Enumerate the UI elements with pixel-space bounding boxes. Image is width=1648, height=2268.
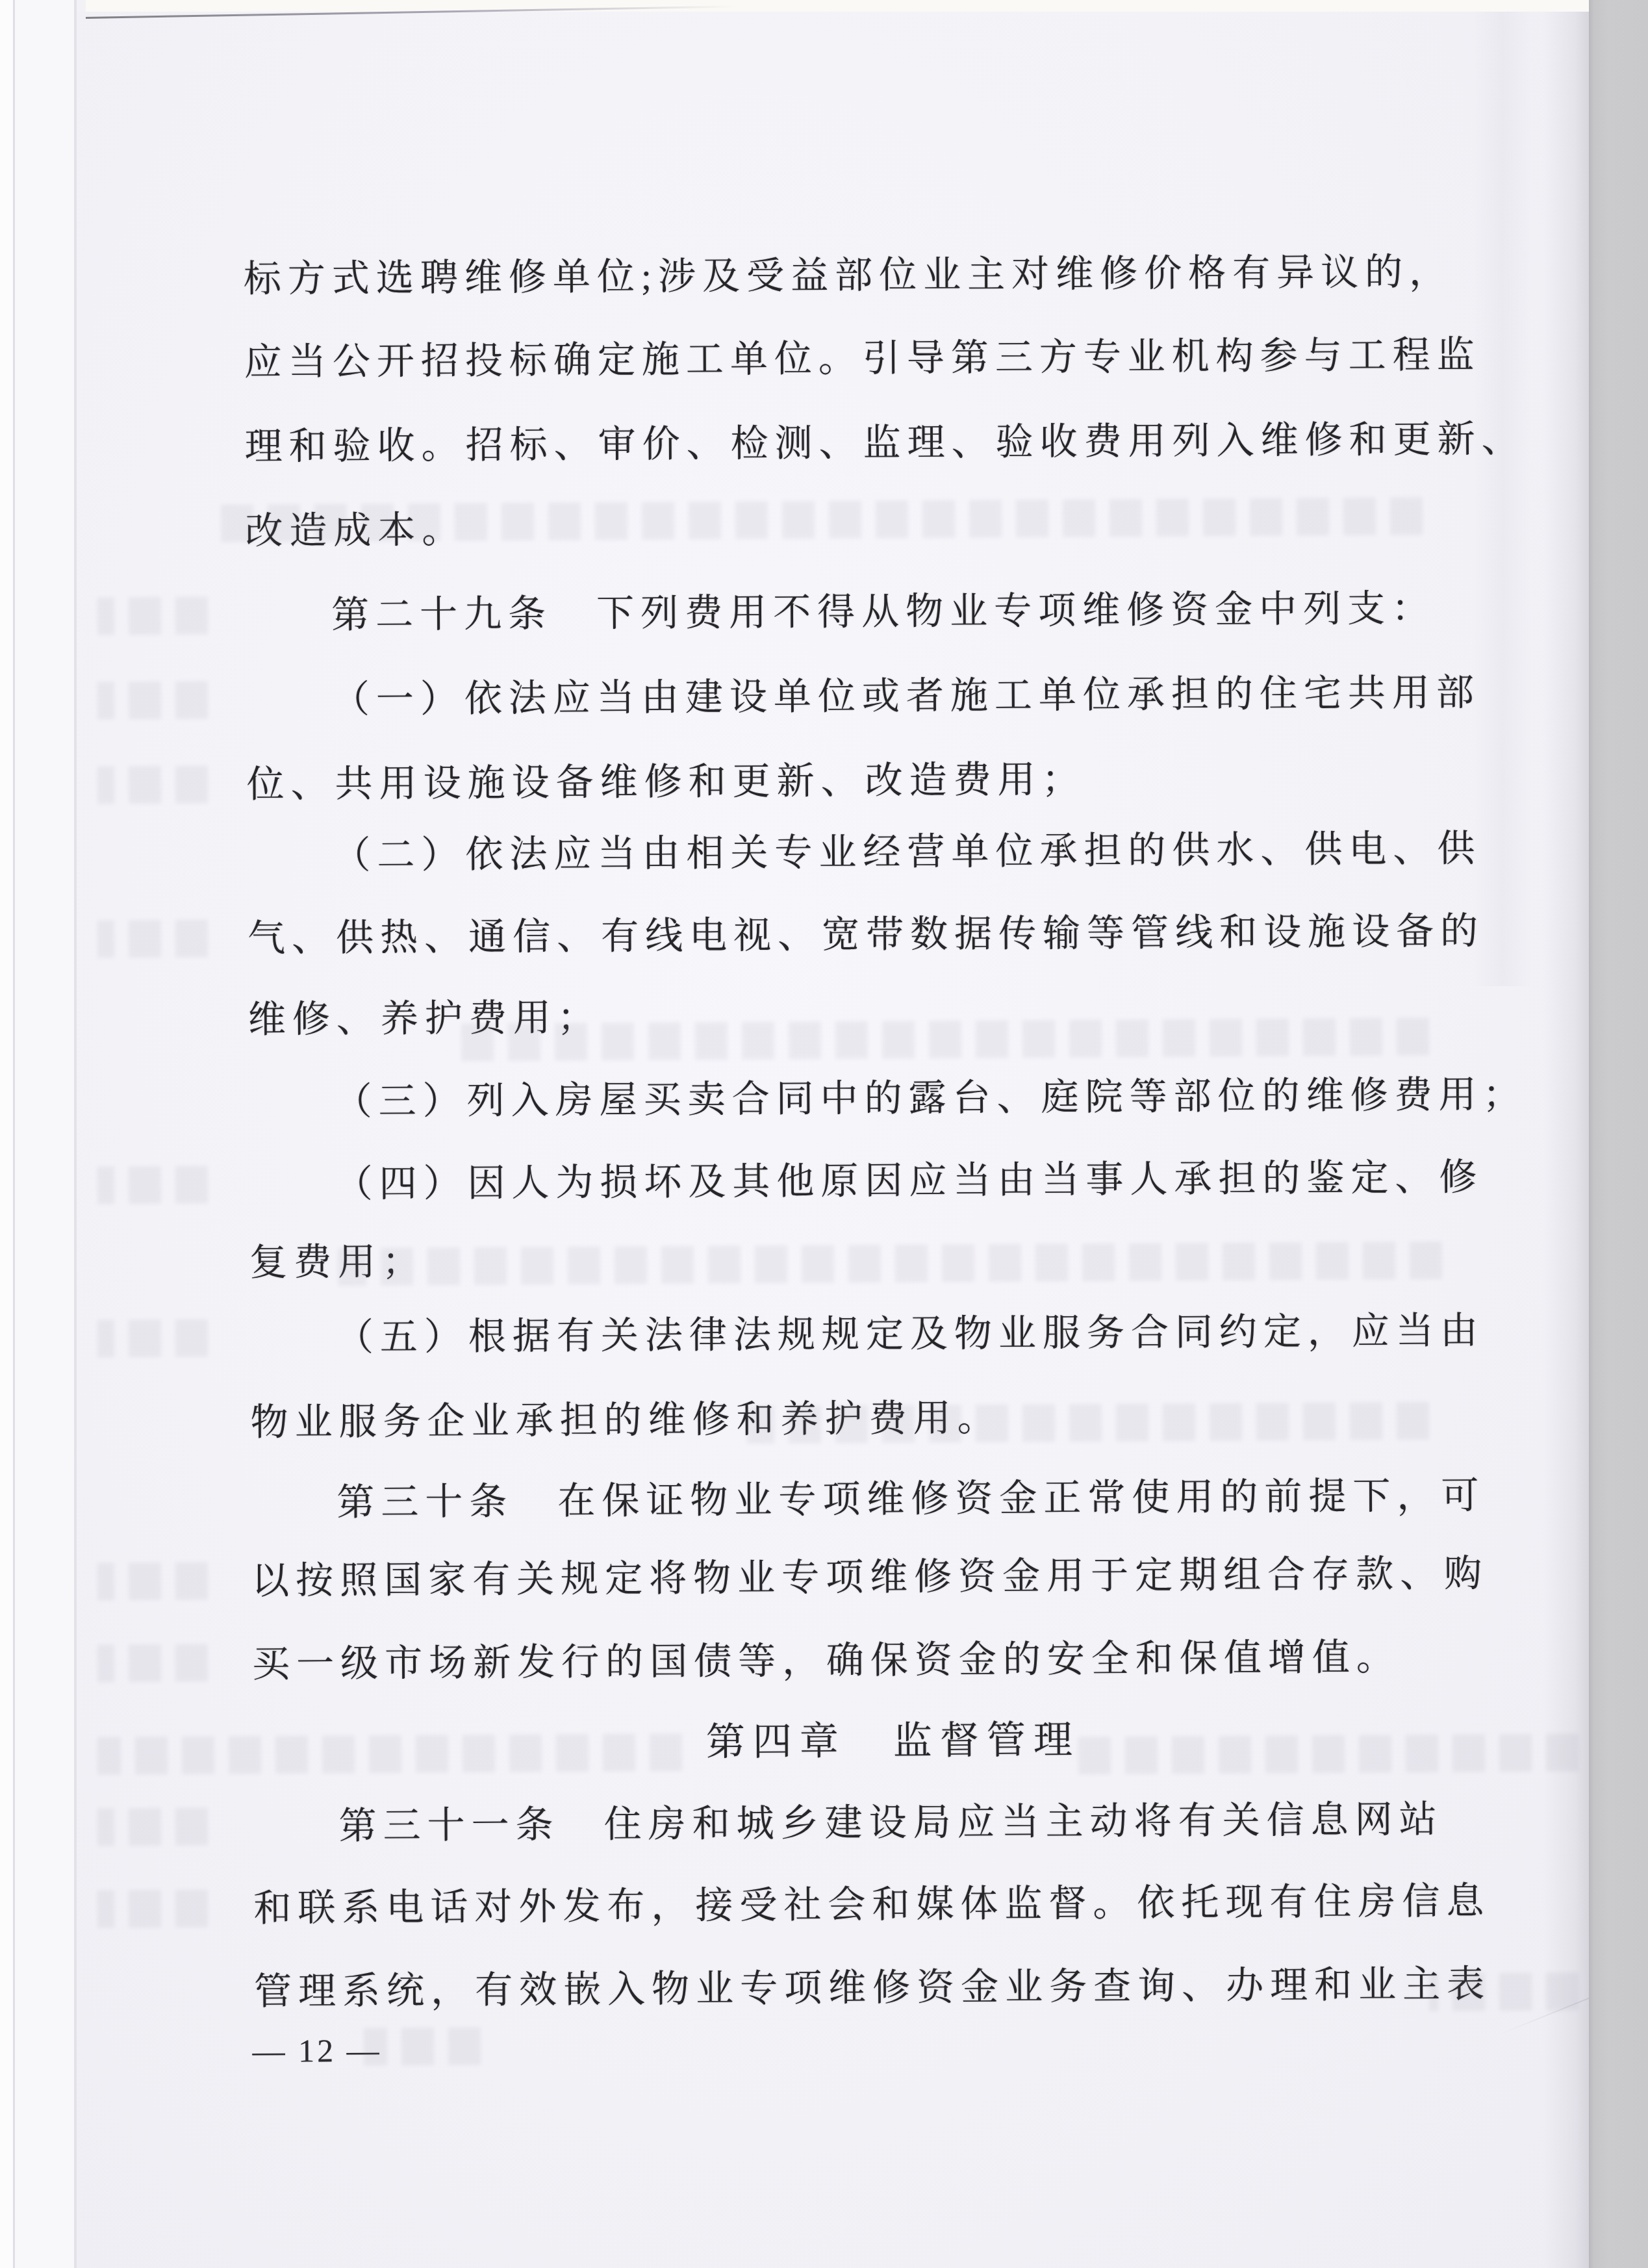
bleedthrough-smudge (364, 2027, 481, 2065)
text-line: 第三十条 在保证物业专项维修资金正常使用的前提下，可 (251, 1475, 1459, 1531)
scanner-background-right (1589, 0, 1648, 2268)
bleedthrough-smudge (97, 681, 208, 719)
text-line: 应当公开招投标确定施工单位。引导第三方专业机构参与工程监 (244, 335, 1452, 390)
text-line: （一）依法应当由建设单位或者施工单位承担的住宅共用部 (246, 672, 1454, 728)
text-line: 第三十一条 住房和城乡建设局应当主动将有关信息网站 (253, 1799, 1461, 1854)
bleedthrough-smudge (97, 596, 208, 635)
text-line: 气、供热、通信、有线电视、宽带数据传输等管线和设施设备的 (247, 911, 1456, 966)
bleedthrough-smudge (97, 919, 208, 958)
text-line: 标方式选聘维修单位;涉及受益部位业主对维修价格有异议的， (244, 251, 1452, 307)
text-line: 买一级市场新发行的国债等，确保资金的安全和保值增值。 (252, 1637, 1460, 1692)
text-line: 管理系统，有效嵌入物业专项维修资金业务查询、办理和业主表 (254, 1964, 1462, 2019)
text-line: （四）因人为损坏及其他原因应当由当事人承担的鉴定、修 (249, 1157, 1457, 1212)
text-line: 第二十九条 下列费用不得从物业专项维修资金中列支： (246, 588, 1454, 643)
bleedthrough-smudge (97, 1319, 208, 1357)
text-line: （五）根据有关法律法规规定及物业服务合同约定，应当由 (250, 1310, 1458, 1366)
text-line: 理和验收。招标、审价、检测、监理、验收费用列入维修和更新、 (244, 419, 1452, 474)
printed-text-block: — 12 — 标方式选聘维修单位;涉及受益部位业主对维修价格有异议的，应当公开招… (0, 0, 1648, 2268)
bleedthrough-smudge (221, 497, 1423, 542)
bleedthrough-smudge (747, 1402, 1429, 1444)
bleedthrough-smudge (97, 1889, 208, 1928)
bleedthrough-smudge (97, 765, 208, 804)
text-line: 位、共用设施设备维修和更新、改造费用； (247, 757, 1455, 812)
text-line: （三）列入房屋买卖合同中的露台、庭院等部位的维修费用； (249, 1075, 1457, 1130)
text-line: 以按照国家有关规定将物业专项维修资金用于定期组合存款、购 (251, 1553, 1460, 1609)
text-line: （二）依法应当由相关专业经营单位承担的供水、供电、供 (247, 828, 1455, 884)
bleedthrough-smudge (97, 1733, 682, 1774)
text-line: 和联系电话对外发布，接受社会和媒体监督。依托现有住房信息 (253, 1881, 1462, 1936)
bleedthrough-smudge (97, 1807, 208, 1846)
bleedthrough-smudge (97, 1562, 208, 1600)
bleedthrough-smudge (97, 1166, 208, 1204)
bleedthrough-smudge (1429, 1972, 1578, 2011)
page-number: — 12 — (252, 2032, 381, 2070)
bleedthrough-smudge (455, 1017, 1429, 1061)
bleedthrough-smudge (338, 1242, 1442, 1286)
bleedthrough-smudge (1072, 1734, 1578, 1775)
bleedthrough-smudge (97, 1644, 208, 1682)
